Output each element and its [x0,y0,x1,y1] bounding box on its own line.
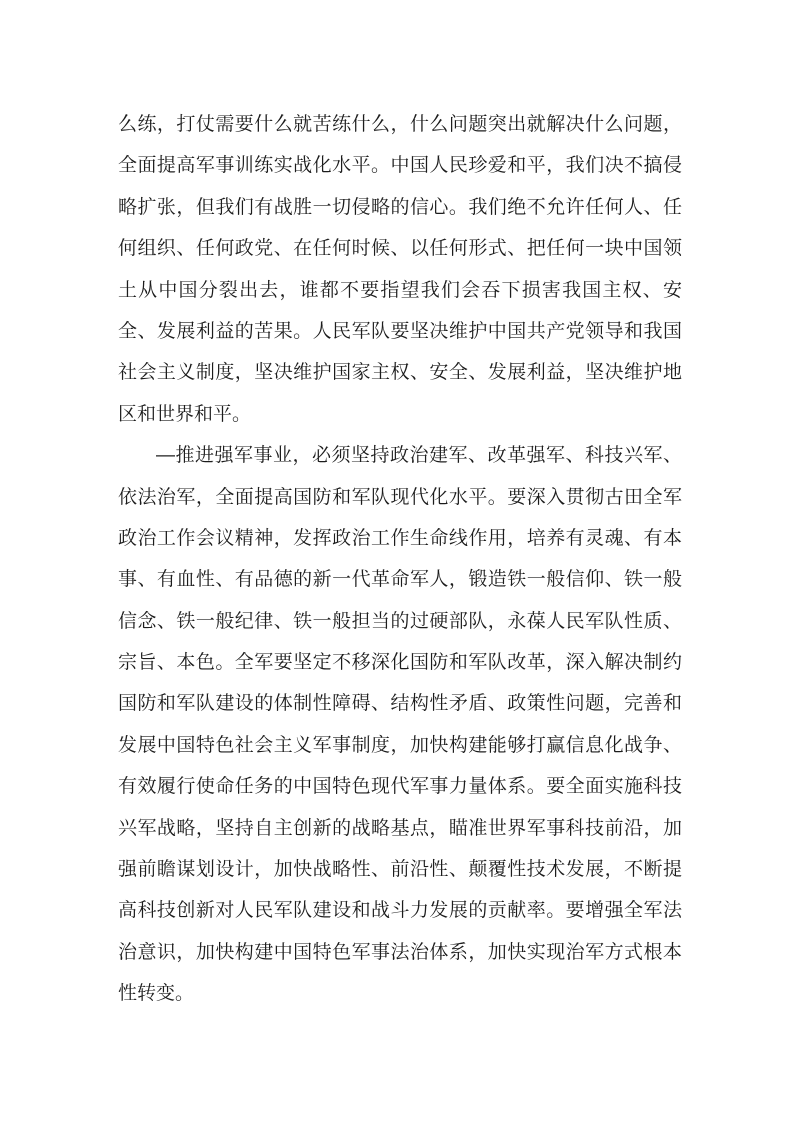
text-line: 全面提高军事训练实战化水平。中国人民珍爱和平，我们决不搞侵 [118,145,682,186]
text-line: 发展中国特色社会主义军事制度，加快构建能够打赢信息化战争、 [118,725,682,766]
text-line: —推进强军事业，必须坚持政治建军、改革强军、科技兴军、 [118,435,682,476]
text-line: 土从中国分裂出去，谁都不要指望我们会吞下损害我国主权、安 [118,270,682,311]
text-line: 有效履行使命任务的中国特色现代军事力量体系。要全面实施科技 [118,766,682,807]
text-line: 略扩张，但我们有战胜一切侵略的信心。我们绝不允许任何人、任 [118,187,682,228]
text-line: 信念、铁一般纪律、铁一般担当的过硬部队，永葆人民军队性质、 [118,601,682,642]
text-line: 性转变。 [118,973,682,1014]
document-page: 么练，打仗需要什么就苦练什么，什么问题突出就解决什么问题， 全面提高军事训练实战… [0,0,800,1130]
paragraph-2: —推进强军事业，必须坚持政治建军、改革强军、科技兴军、 依法治军，全面提高国防和… [118,435,682,1014]
text-line: 宗旨、本色。全军要坚定不移深化国防和军队改革，深入解决制约 [118,642,682,683]
text-line: 国防和军队建设的体制性障碍、结构性矛盾、政策性问题，完善和 [118,683,682,724]
text-line: 强前瞻谋划设计，加快战略性、前沿性、颠覆性技术发展，不断提 [118,849,682,890]
paragraph-1: 么练，打仗需要什么就苦练什么，什么问题突出就解决什么问题， 全面提高军事训练实战… [118,104,682,435]
text-line: 政治工作会议精神，发挥政治工作生命线作用，培养有灵魂、有本 [118,518,682,559]
text-line: 事、有血性、有品德的新一代革命军人，锻造铁一般信仰、铁一般 [118,559,682,600]
text-line: 何组织、任何政党、在任何时候、以任何形式、把任何一块中国领 [118,228,682,269]
text-line: 高科技创新对人民军队建设和战斗力发展的贡献率。要增强全军法 [118,890,682,931]
text-line: 依法治军，全面提高国防和军队现代化水平。要深入贯彻古田全军 [118,477,682,518]
text-line: 兴军战略，坚持自主创新的战略基点，瞄准世界军事科技前沿，加 [118,808,682,849]
text-line: 治意识，加快构建中国特色军事法治体系，加快实现治军方式根本 [118,932,682,973]
text-line: 社会主义制度，坚决维护国家主权、安全、发展利益，坚决维护地 [118,352,682,393]
text-line: 全、发展利益的苦果。人民军队要坚决维护中国共产党领导和我国 [118,311,682,352]
text-line: 么练，打仗需要什么就苦练什么，什么问题突出就解决什么问题， [118,104,682,145]
text-line: 区和世界和平。 [118,394,682,435]
